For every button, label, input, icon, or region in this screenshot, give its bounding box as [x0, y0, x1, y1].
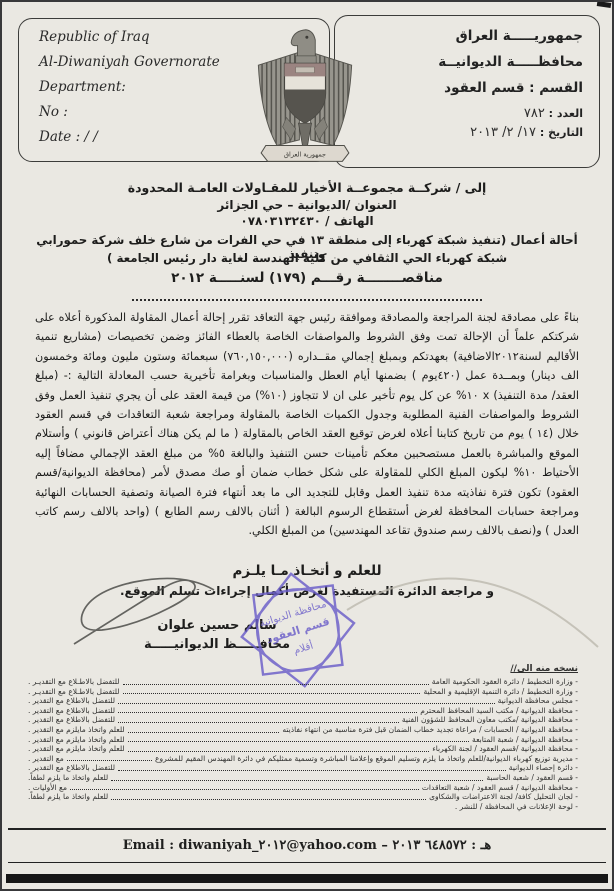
- header-ar-date: التاريخ : ١٧‏/ ٢‏/ ٢٠١٣: [343, 125, 583, 140]
- dotted-leader: [70, 789, 419, 790]
- distribution-item-name: محافظة الديوانية /مكتب معاون المحافظ للش…: [402, 715, 578, 725]
- distribution-item: محافظة الديوانية / الحسابات / مراعاة تجد…: [28, 725, 578, 735]
- distribution-item-name: محافظة الديوانية / الحسابات / مراعاة تجد…: [282, 725, 578, 735]
- distribution-item-action: للتفضل بالاطلاع مع التقدير .: [28, 706, 115, 716]
- distribution-item: وزارة التخطيط / دائرة التنمية الإقليمية …: [28, 687, 578, 697]
- distribution-item: وزارة التخطيط / دائرة العقود الحكومية ال…: [28, 677, 578, 687]
- letter-number-label: العدد :: [549, 107, 583, 120]
- scan-corner-mark: [597, 1, 612, 8]
- dotted-leader: [67, 760, 152, 761]
- distribution-item: لوحة الإعلانات في المحافظة / للنشر .: [28, 802, 578, 812]
- distribution-item-action: مع التقدير .: [28, 754, 64, 764]
- dotted-leader: [118, 703, 495, 704]
- distribution-item-action: للعلم واتخاذ ما يلزم لطفاً.: [28, 773, 108, 783]
- distribution-item-action: للعلم واتخاذ ما يلزم لطفاً.: [28, 792, 108, 802]
- dotted-leader: [118, 770, 506, 771]
- dotted-leader: [123, 684, 429, 685]
- distribution-item-name: محافظة الديوانية / قسم العقود / شعبة الت…: [422, 783, 578, 793]
- header-ar-number: العدد : ٧٨٢: [343, 106, 583, 121]
- stamp-line-3: أقلام: [292, 639, 315, 657]
- distribution-item-name: محافظة الديوانية / شعبة المتابعة: [472, 735, 578, 745]
- distribution-item: محافظة الديوانية /مكتب معاون المحافظ للش…: [28, 715, 578, 725]
- distribution-item-name: وزارة التخطيط / دائرة العقود الحكومية ال…: [432, 677, 578, 687]
- iraq-coat-of-arms-emblem: جمهورية العراق: [249, 24, 361, 168]
- distribution-item: محافظة الديوانية / قسم العقود / شعبة الت…: [28, 783, 578, 793]
- distribution-item: لجان التحليل كافة/ لجنة الاعتراضات والشك…: [28, 792, 578, 802]
- dotted-leader: [128, 741, 469, 742]
- distribution-item-name: وزارة التخطيط / دائرة التنمية الإقليمية …: [423, 687, 578, 697]
- distribution-item-action: للتفضل بالاطـلاع مع التقديـر .: [28, 687, 120, 697]
- distribution-item-action: مع الأوليات .: [28, 783, 67, 793]
- distribution-item-action: للتفضل بالاطـلاع مع التقديـر .: [28, 677, 120, 687]
- distribution-item-action: للتفضل بالاطلاع مع التقدير .: [28, 715, 115, 725]
- dotted-leader: [111, 799, 426, 800]
- dotted-leader: [118, 722, 399, 723]
- distribution-item: قسم العقود / شعبة الحاسبة للعلم واتخاذ م…: [28, 773, 578, 783]
- distribution-item-name: قسم العقود / شعبة الحاسبة: [486, 773, 578, 783]
- dotted-leader: [111, 780, 483, 781]
- distribution-item-action: للعلم واتخاذ مايلزم مع التقدير .: [28, 744, 125, 754]
- distribution-heading: نسخه منه الى//: [28, 664, 578, 674]
- header-box-arabic: جمهوريـــــة العراق محافظـــــة الديواني…: [334, 15, 600, 168]
- distribution-item: دائرة إحصاء الديوانية للتفضل بالاطلاع مع…: [28, 763, 578, 773]
- distribution-item: مديرية توزيع كهرباء الديوانية/للعلم واتخ…: [28, 754, 578, 764]
- distribution-item-action: للتفضل بالاطلاع مع التقدير .: [28, 763, 115, 773]
- distribution-section: نسخه منه الى// وزارة التخطيط / دائرة الع…: [28, 664, 578, 811]
- scan-bottom-edge: [6, 874, 608, 883]
- header-ar-department: القسم : قسم العقود: [343, 80, 583, 96]
- header-ar-governorate: محافظـــــة الديوانيــة: [343, 54, 583, 70]
- letter-date-value: ١٧‏/ ٢‏/ ٢٠١٣: [470, 125, 536, 140]
- distribution-item: مجلس محافظة الديوانية للتفضل بالاطلاع مع…: [28, 696, 578, 706]
- dotted-leader: [128, 751, 430, 752]
- footer-rule-bottom: [8, 862, 606, 863]
- recipient-address: العنوان /الديوانية – حي الجزائر: [32, 198, 582, 212]
- distribution-item-name: دائرة إحصاء الديوانية: [509, 763, 578, 773]
- distribution-item-action: للتفضل بالاطلاع مع التقدير .: [28, 696, 115, 706]
- subject-line-2: شبكة كهرباء الحي الثقافي من كلية الهندسة…: [32, 251, 582, 265]
- footer-email: Email : diwaniyah_٢٠١٢@yahoo.com –: [123, 838, 388, 853]
- distribution-item-name: لجان التحليل كافة/ لجنة الاعتراضات والشك…: [429, 792, 578, 802]
- distribution-item-action: للعلم واتخاذ مايلزم مع التقدير .: [28, 735, 125, 745]
- recipient-phone: الهاتف / ٠٧٨٠٣١٣٢٤٣٠: [32, 214, 582, 228]
- distribution-item-name: لوحة الإعلانات في المحافظة / للنشر .: [455, 802, 578, 812]
- distribution-item-action: للعلم واتخاذ مايلزم مع التقدير .: [28, 725, 125, 735]
- header-ar-country: جمهوريـــــة العراق: [343, 28, 583, 44]
- distribution-list: وزارة التخطيط / دائرة العقود الحكومية ال…: [28, 677, 578, 811]
- footer-contact-line: Email : diwaniyah_٢٠١٢@yahoo.com – هـ : …: [2, 838, 612, 853]
- dotted-leader: [128, 732, 280, 733]
- dotted-leader: [118, 712, 417, 713]
- emblem-scroll-text: جمهورية العراق: [284, 151, 326, 159]
- distribution-item-name: محافظة الديوانية / مكتب السيد المحافظ ال…: [420, 706, 578, 716]
- distribution-item-name: محافظة الديوانية /قسم العقود / لجنة الكه…: [432, 744, 578, 754]
- letter-date-label: التاريخ :: [540, 126, 583, 139]
- letter-number-value: ٧٨٢: [524, 106, 545, 121]
- recipient-to: إلى / شركــة مجموعــة الأخيار للمقـاولات…: [32, 180, 582, 195]
- scanned-letter-page: Republic of Iraq Al-Diwaniyah Governorat…: [0, 0, 614, 891]
- tender-number-line: مناقصــــــــة رقـــم (١٧٩) لسنـــــة ٢٠…: [32, 270, 582, 286]
- letter-body-paragraph: بناءً على مصادقة لجنة المراجعة والمصادقة…: [35, 308, 579, 560]
- distribution-item: محافظة الديوانية / مكتب السيد المحافظ ال…: [28, 706, 578, 716]
- footer-phone: هـ : ٦٤٨٥٧٢ ٢٠١٣: [392, 838, 491, 853]
- distribution-item-name: مجلس محافظة الديوانية: [498, 696, 578, 706]
- dotted-separator: [132, 299, 482, 301]
- dotted-leader: [123, 693, 421, 694]
- distribution-item: محافظة الديوانية / شعبة المتابعة للعلم و…: [28, 735, 578, 745]
- distribution-item-name: مديرية توزيع كهرباء الديوانية/للعلم واتخ…: [155, 754, 578, 764]
- footer-rule-top: [8, 828, 606, 830]
- distribution-item: محافظة الديوانية /قسم العقود / لجنة الكه…: [28, 744, 578, 754]
